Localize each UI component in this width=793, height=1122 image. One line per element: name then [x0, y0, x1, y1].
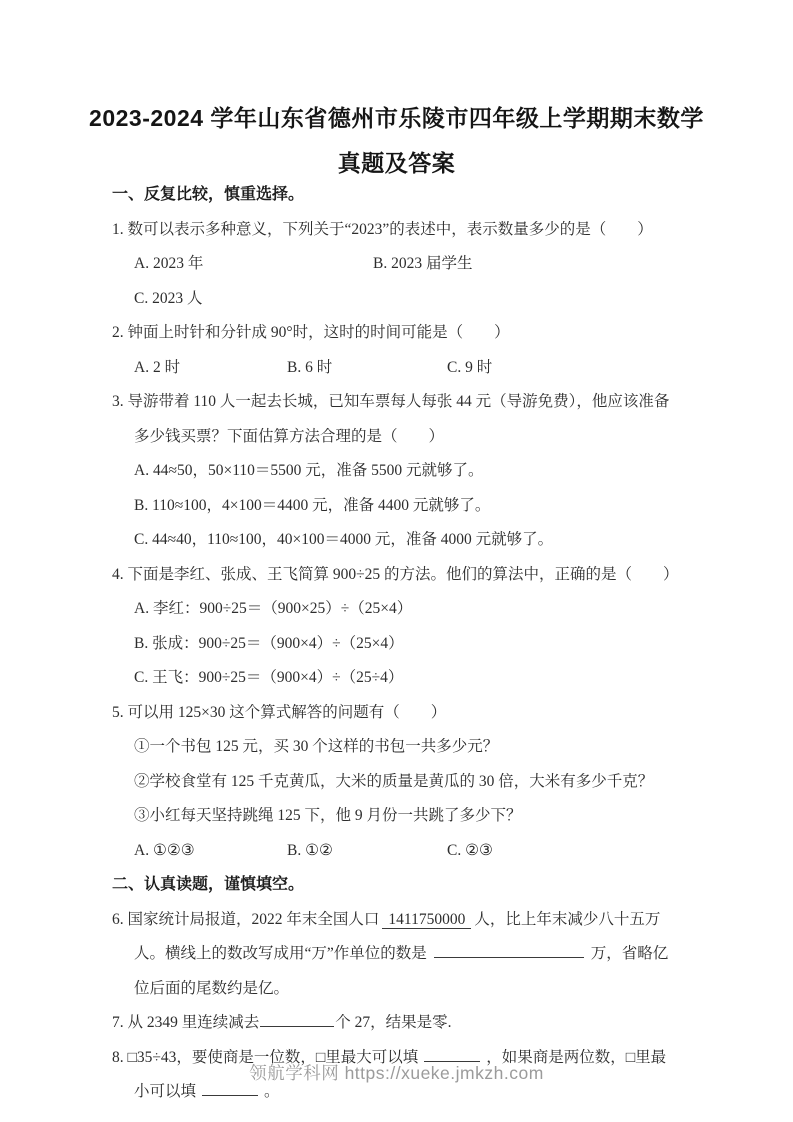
question-1: 1. 数可以表示多种意义，下列关于“2023”的表述中，表示数量多少的是（ ） … [112, 213, 678, 317]
question-7-text-2: 个 27，结果是零. [335, 1014, 451, 1031]
question-5-item-2: ②学校食堂有 125 千克黄瓜，大米的质量是黄瓜的 30 倍，大米有多少千克？ [134, 765, 678, 800]
question-5: 5. 可以用 125×30 这个算式解答的问题有（ ） ①一个书包 125 元，… [112, 696, 678, 869]
question-4-option-a: A. 李红：900÷25＝（900×25）÷（25×4） [134, 592, 678, 627]
exam-title: 2023-2024 学年山东省德州市乐陵市四年级上学期期末数学 真题及答案 [0, 96, 793, 186]
question-3: 3. 导游带着 110 人一起去长城，已知车票每人每张 44 元（导游免费），他… [112, 385, 678, 558]
question-7: 7. 从 2349 里连续减去个 27，结果是零. [112, 1006, 678, 1041]
question-3-stem: 3. 导游带着 110 人一起去长城，已知车票每人每张 44 元（导游免费），他… [112, 385, 678, 454]
site-footer: 领航学科网 https://xueke.jmkzh.com [0, 1060, 793, 1085]
question-1-options-row-1: A. 2023 年 B. 2023 届学生 [134, 247, 678, 282]
question-1-option-c: C. 2023 人 [134, 282, 678, 317]
footer-link[interactable]: 领航学科网 https://xueke.jmkzh.com [249, 1063, 544, 1083]
question-1-option-a: A. 2023 年 [134, 247, 373, 282]
question-5-stem: 5. 可以用 125×30 这个算式解答的问题有（ ） [112, 696, 678, 731]
question-4: 4. 下面是李红、张成、王飞简算 900÷25 的方法。他们的算法中，正确的是（… [112, 558, 678, 696]
exam-document-page: 2023-2024 学年山东省德州市乐陵市四年级上学期期末数学 真题及答案 一、… [0, 0, 793, 1122]
question-8-text-3: 。 [264, 1083, 280, 1100]
section-1-heading: 一、反复比较，慎重选择。 [112, 178, 678, 213]
question-2-option-c: C. 9 时 [447, 351, 492, 386]
question-3-option-c: C. 44≈40，110≈100，40×100＝4000 元，准备 4000 元… [134, 523, 678, 558]
question-5-item-3: ③小红每天坚持跳绳 125 下，他 9 月份一共跳了多少下？ [134, 799, 678, 834]
section-2-heading: 二、认真读题，谨慎填空。 [112, 868, 678, 903]
question-6: 6. 国家统计局报道，2022 年末全国人口1411750000人，比上年末减少… [112, 903, 678, 1007]
question-7-stem: 7. 从 2349 里连续减去个 27，结果是零. [112, 1006, 678, 1041]
question-2-options-row: A. 2 时 B. 6 时 C. 9 时 [134, 351, 678, 386]
question-2: 2. 钟面上时针和分针成 90°时，这时的时间可能是（ ） A. 2 时 B. … [112, 316, 678, 385]
question-6-stem: 6. 国家统计局报道，2022 年末全国人口1411750000人，比上年末减少… [112, 903, 678, 1007]
question-1-stem: 1. 数可以表示多种意义，下列关于“2023”的表述中，表示数量多少的是（ ） [112, 213, 678, 248]
question-5-option-c: C. ②③ [447, 834, 493, 869]
question-2-option-b: B. 6 时 [287, 351, 447, 386]
question-5-option-b: B. ①② [287, 834, 447, 869]
answer-blank [434, 942, 584, 958]
question-2-stem: 2. 钟面上时针和分针成 90°时，这时的时间可能是（ ） [112, 316, 678, 351]
question-5-item-1: ①一个书包 125 元，买 30 个这样的书包一共多少元？ [134, 730, 678, 765]
answer-blank [260, 1011, 334, 1027]
question-3-option-a: A. 44≈50，50×110＝5500 元，准备 5500 元就够了。 [134, 454, 678, 489]
question-4-stem: 4. 下面是李红、张成、王飞简算 900÷25 的方法。他们的算法中，正确的是（… [112, 558, 678, 593]
question-4-option-c: C. 王飞：900÷25＝（900×4）÷（25÷4） [134, 661, 678, 696]
question-5-options-row: A. ①②③ B. ①② C. ②③ [134, 834, 678, 869]
question-4-option-b: B. 张成：900÷25＝（900×4）÷（25×4） [134, 627, 678, 662]
exam-body: 一、反复比较，慎重选择。 1. 数可以表示多种意义，下列关于“2023”的表述中… [112, 178, 678, 1110]
question-7-text-1: 7. 从 2349 里连续减去 [112, 1014, 259, 1031]
question-1-option-b: B. 2023 届学生 [373, 247, 472, 282]
question-6-text-4: 亿。 [258, 980, 289, 997]
question-5-option-a: A. ①②③ [134, 834, 287, 869]
exam-title-line1: 2023-2024 学年山东省德州市乐陵市四年级上学期期末数学 [0, 96, 793, 141]
question-3-option-b: B. 110≈100，4×100＝4400 元，准备 4400 元就够了。 [134, 489, 678, 524]
question-2-option-a: A. 2 时 [134, 351, 287, 386]
question-6-text-1: 6. 国家统计局报道，2022 年末全国人口 [112, 911, 379, 928]
underlined-population-number: 1411750000 [382, 911, 471, 929]
